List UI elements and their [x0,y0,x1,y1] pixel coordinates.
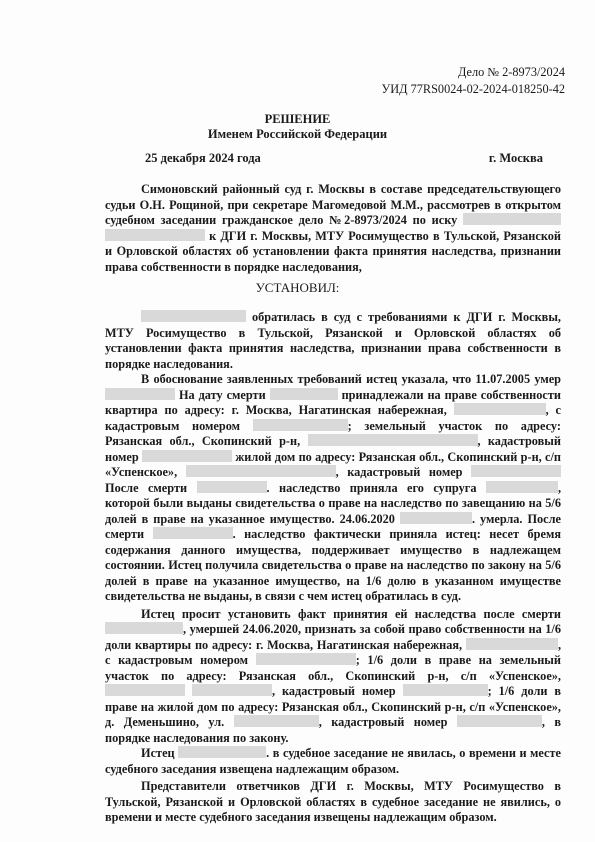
document-page: Дело № 2-8973/2024 УИД 77RS0024-02-2024-… [0,0,595,842]
redacted-block [270,388,338,400]
redacted-block [400,512,472,524]
redacted-block [454,403,546,415]
paragraph-plaintiff-absence: Истец . в судебное заседание не явилась,… [105,746,561,777]
redacted-block [197,481,267,493]
case-header: Дело № 2-8973/2024 УИД 77RS0024-02-2024-… [382,64,565,98]
case-uid: УИД 77RS0024-02-2024-018250-42 [382,81,565,98]
document-title: РЕШЕНИЕ [0,112,595,127]
redacted-block [471,465,561,477]
redacted-block [457,715,542,727]
intro-paragraph: Симоновский районный суд г. Москвы в сос… [105,182,561,275]
redacted-block [105,622,183,634]
paragraph-grounds: В обоснование заявленных требований исте… [105,372,561,605]
paragraph-request: Истец просит установить факт принятия ей… [105,607,561,747]
paragraph-claim: обратилась в суд с требованиями к ДГИ г.… [105,310,561,372]
findings-section: обратилась в суд с требованиями к ДГИ г.… [105,310,561,826]
decision-city: г. Москва [489,151,543,166]
redacted-block [186,465,336,477]
intro-section: Симоновский районный суд г. Москвы в сос… [105,182,561,275]
redacted-block [486,481,558,493]
redacted-block [308,434,478,446]
decision-date: 25 декабря 2024 года [145,151,261,166]
redacted-block [234,715,319,727]
redacted-block [142,450,232,462]
redacted-block [105,229,205,241]
document-subtitle: Именем Российской Федерации [0,127,595,142]
redacted-block [403,684,488,696]
section-heading: УСТАНОВИЛ: [0,280,595,296]
redacted-block [178,746,266,758]
redacted-block [253,419,348,431]
case-number: Дело № 2-8973/2024 [382,64,565,81]
redacted-block [105,684,185,696]
paragraph-defendants-absence: Представители ответчиков ДГИ г. Москвы, … [105,779,561,826]
redacted-block [463,213,561,225]
redacted-block [192,684,272,696]
redacted-block [141,310,246,322]
redacted-block [105,388,175,400]
redacted-block [466,638,558,650]
redacted-block [256,653,356,665]
date-line: 25 декабря 2024 года г. Москва [145,151,543,166]
redacted-block [153,527,233,539]
